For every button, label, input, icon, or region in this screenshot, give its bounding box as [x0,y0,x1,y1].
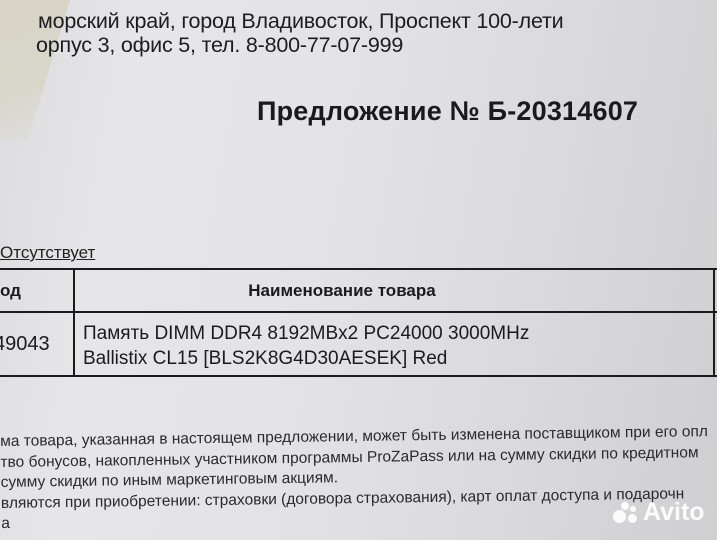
table-row: 49043 Память DIMM DDR4 8192MBx2 PC24000 … [0,313,717,375]
table-header-row: од Наименование товара [0,270,717,313]
address-line-2: орпус 3, офис 5, тел. 8-800-77-07-999 [36,33,403,58]
avito-dots-icon [613,502,639,524]
footnote: ма товара, указанная в настоящем предлож… [0,422,709,534]
item-name: Память DIMM DDR4 8192MBx2 PC24000 3000MH… [75,313,715,375]
address-line-1: морский край, город Владивосток, Проспек… [38,9,563,34]
goods-table: од Наименование товара 49043 Память DIMM… [0,268,717,377]
avito-brand-text: Avito [643,498,705,527]
column-header-code: од [0,270,75,311]
offer-title: Предложение № Б-20314607 [257,96,638,127]
item-code: 49043 [0,313,75,375]
item-name-line-1: Память DIMM DDR4 8192MBx2 PC24000 3000MH… [83,321,707,346]
avito-watermark: Avito [613,498,705,527]
column-header-name: Наименование товара [75,270,715,311]
status-text: Отсутствует [0,243,95,263]
item-name-line-2: Ballistix CL15 [BLS2K8G4D30AESEK] Red [83,346,707,371]
